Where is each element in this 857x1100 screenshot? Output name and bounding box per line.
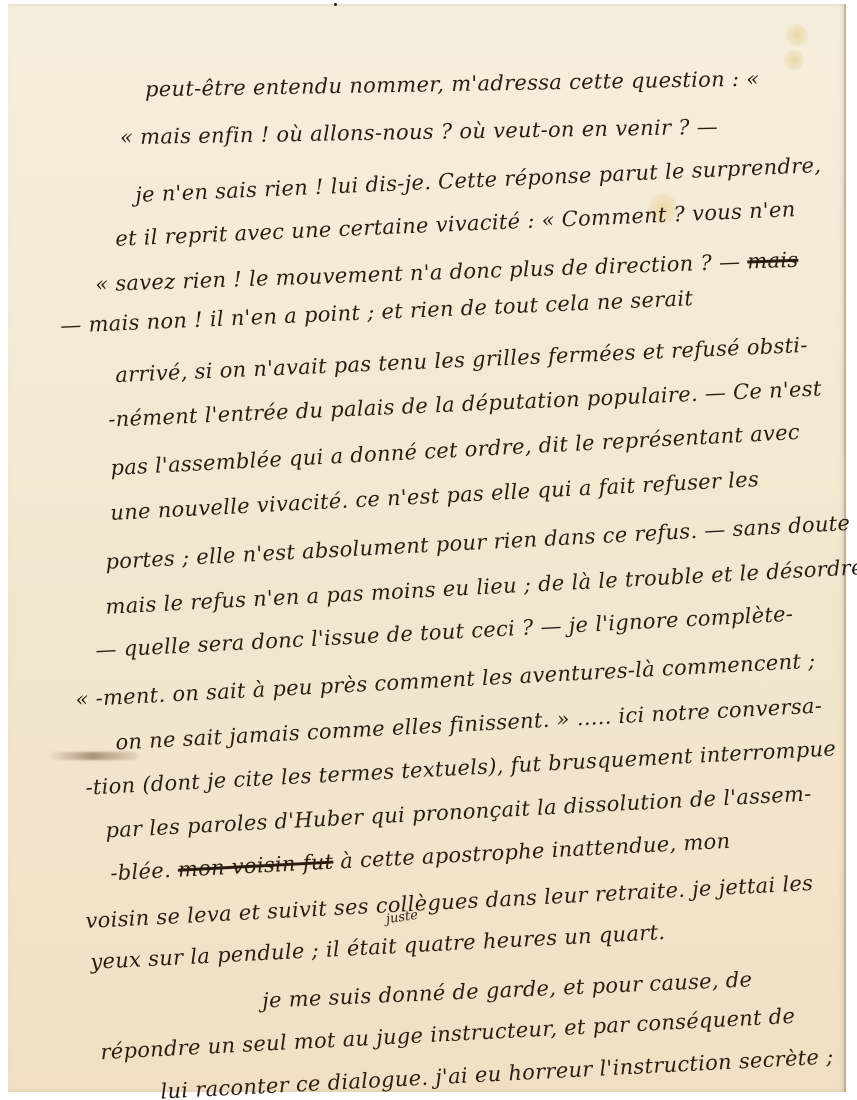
stain-spot	[786, 24, 808, 46]
stain-spot	[784, 50, 804, 70]
paper-edge	[844, 4, 846, 1092]
line-text: -blée.	[110, 858, 179, 886]
ink-dot	[334, 3, 337, 6]
struck-word: mais	[747, 248, 799, 274]
